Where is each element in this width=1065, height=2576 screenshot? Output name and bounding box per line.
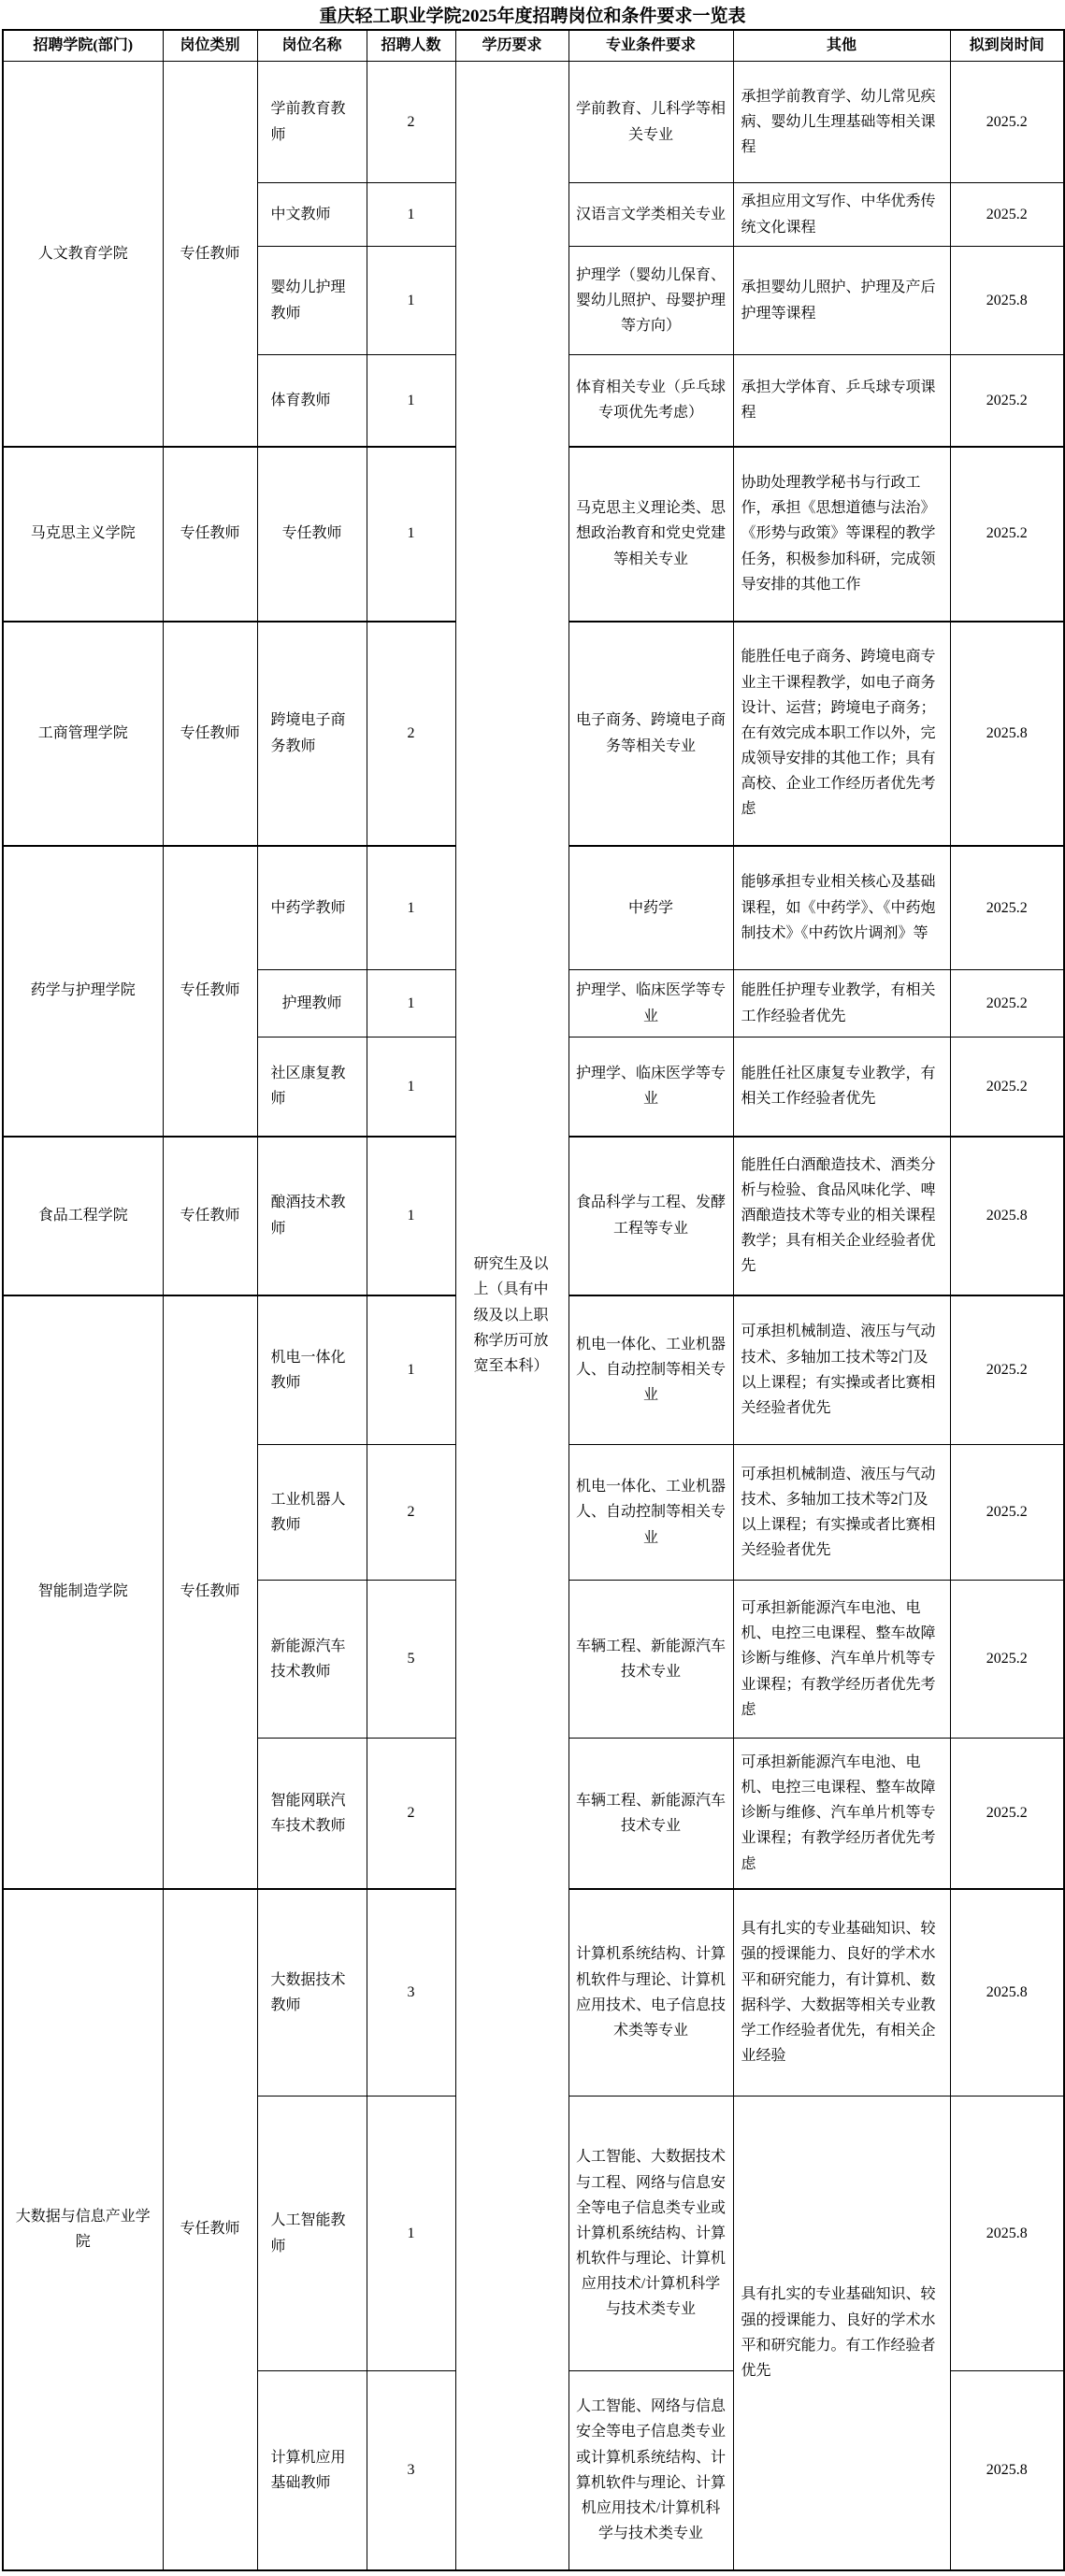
position-name-cell: 护理教师: [257, 970, 367, 1038]
major-cell: 中药学: [568, 846, 733, 970]
count-cell: 2: [367, 622, 455, 846]
start-time-cell: 2025.2: [950, 1445, 1064, 1581]
college-cell: 工商管理学院: [3, 622, 163, 846]
other-cell: 可承担机械制造、液压与气动技术、多轴加工技术等2门及以上课程；有实操或者比赛相关…: [733, 1445, 950, 1581]
college-cell: 大数据与信息产业学院: [3, 1889, 163, 2570]
other-cell: 承担大学体育、乒乓球专项课程: [733, 355, 950, 447]
count-cell: 1: [367, 1295, 455, 1445]
college-cell: 智能制造学院: [3, 1295, 163, 1889]
position-name-cell: 社区康复教师: [257, 1038, 367, 1137]
position-name-cell: 跨境电子商务教师: [257, 622, 367, 846]
other-cell: 可承担机械制造、液压与气动技术、多轴加工技术等2门及以上课程；有实操或者比赛相关…: [733, 1295, 950, 1445]
category-cell: 专任教师: [163, 846, 257, 1137]
other-cell: 具有扎实的专业基础知识、较强的授课能力、良好的学术水平和研究能力，有计算机、数据…: [733, 1889, 950, 2097]
position-name-cell: 大数据技术教师: [257, 1889, 367, 2097]
major-cell: 机电一体化、工业机器人、自动控制等相关专业: [568, 1445, 733, 1581]
position-name-cell: 智能网联汽车技术教师: [257, 1739, 367, 1889]
header-row: 招聘学院(部门) 岗位类别 岗位名称 招聘人数 学历要求 专业条件要求 其他 拟…: [3, 30, 1064, 62]
count-cell: 1: [367, 247, 455, 355]
col-header-position: 岗位名称: [257, 30, 367, 62]
start-time-cell: 2025.2: [950, 1295, 1064, 1445]
count-cell: 1: [367, 355, 455, 447]
position-name-cell: 中药学教师: [257, 846, 367, 970]
other-cell: 能胜任护理专业教学，有相关工作经验者优先: [733, 970, 950, 1038]
category-cell: 专任教师: [163, 1295, 257, 1889]
col-header-major: 专业条件要求: [568, 30, 733, 62]
start-time-cell: 2025.2: [950, 62, 1064, 183]
count-cell: 2: [367, 1445, 455, 1581]
start-time-cell: 2025.2: [950, 447, 1064, 622]
count-cell: 1: [367, 2097, 455, 2371]
count-cell: 1: [367, 447, 455, 622]
start-time-cell: 2025.2: [950, 846, 1064, 970]
position-name-cell: 学前教育教师: [257, 62, 367, 183]
category-cell: 专任教师: [163, 447, 257, 622]
count-cell: 5: [367, 1581, 455, 1739]
position-name-cell: 中文教师: [257, 183, 367, 247]
position-name-cell: 工业机器人教师: [257, 1445, 367, 1581]
category-cell: 专任教师: [163, 622, 257, 846]
major-cell: 护理学、临床医学等专业: [568, 1038, 733, 1137]
category-cell: 专任教师: [163, 1889, 257, 2570]
col-header-count: 招聘人数: [367, 30, 455, 62]
start-time-cell: 2025.8: [950, 2097, 1064, 2371]
major-cell: 车辆工程、新能源汽车技术专业: [568, 1581, 733, 1739]
count-cell: 1: [367, 970, 455, 1038]
count-cell: 1: [367, 846, 455, 970]
other-cell: 承担婴幼儿照护、护理及产后护理等课程: [733, 247, 950, 355]
start-time-cell: 2025.2: [950, 970, 1064, 1038]
major-cell: 计算机系统结构、计算机软件与理论、计算机应用技术、电子信息技术类等专业: [568, 1889, 733, 2097]
start-time-cell: 2025.8: [950, 2371, 1064, 2570]
count-cell: 1: [367, 183, 455, 247]
page-title: 重庆轻工职业学院2025年度招聘岗位和条件要求一览表: [0, 0, 1065, 29]
other-cell: 能胜任电子商务、跨境电商专业主干课程教学，如电子商务设计、运营；跨境电子商务；在…: [733, 622, 950, 846]
count-cell: 2: [367, 62, 455, 183]
start-time-cell: 2025.2: [950, 1038, 1064, 1137]
college-cell: 马克思主义学院: [3, 447, 163, 622]
start-time-cell: 2025.2: [950, 183, 1064, 247]
education-cell: 研究生及以上（具有中级及以上职称学历可放宽至本科）: [455, 62, 568, 2570]
col-header-category: 岗位类别: [163, 30, 257, 62]
start-time-cell: 2025.2: [950, 1581, 1064, 1739]
recruitment-table: 招聘学院(部门) 岗位类别 岗位名称 招聘人数 学历要求 专业条件要求 其他 拟…: [2, 29, 1065, 2571]
other-cell: 承担应用文写作、中华优秀传统文化课程: [733, 183, 950, 247]
other-cell: 可承担新能源汽车电池、电机、电控三电课程、整车故障诊断与维修、汽车单片机等专业课…: [733, 1581, 950, 1739]
major-cell: 护理学（婴幼儿保育、婴幼儿照护、母婴护理等方向）: [568, 247, 733, 355]
start-time-cell: 2025.8: [950, 1137, 1064, 1295]
major-cell: 机电一体化、工业机器人、自动控制等相关专业: [568, 1295, 733, 1445]
count-cell: 1: [367, 1038, 455, 1137]
other-cell: 协助处理教学秘书与行政工作，承担《思想道德与法治》《形势与政策》等课程的教学任务…: [733, 447, 950, 622]
major-cell: 人工智能、网络与信息安全等电子信息类专业或计算机系统结构、计算机软件与理论、计算…: [568, 2371, 733, 2570]
position-name-cell: 新能源汽车技术教师: [257, 1581, 367, 1739]
col-header-college: 招聘学院(部门): [3, 30, 163, 62]
major-cell: 汉语言文学类相关专业: [568, 183, 733, 247]
other-cell: 能胜任白酒酿造技术、酒类分析与检验、食品风味化学、啤酒酿造技术等专业的相关课程教…: [733, 1137, 950, 1295]
count-cell: 1: [367, 1137, 455, 1295]
major-cell: 护理学、临床医学等专业: [568, 970, 733, 1038]
col-header-education: 学历要求: [455, 30, 568, 62]
major-cell: 食品科学与工程、发酵工程等专业: [568, 1137, 733, 1295]
category-cell: 专任教师: [163, 1137, 257, 1295]
major-cell: 马克思主义理论类、思想政治教育和党史党建等相关专业: [568, 447, 733, 622]
count-cell: 3: [367, 2371, 455, 2570]
position-name-cell: 人工智能教师: [257, 2097, 367, 2371]
start-time-cell: 2025.8: [950, 247, 1064, 355]
start-time-cell: 2025.2: [950, 1739, 1064, 1889]
major-cell: 电子商务、跨境电子商务等相关专业: [568, 622, 733, 846]
count-cell: 2: [367, 1739, 455, 1889]
other-cell: 能够承担专业相关核心及基础课程，如《中药学》、《中药炮制技术》《中药饮片调剂》等: [733, 846, 950, 970]
major-cell: 车辆工程、新能源汽车技术专业: [568, 1739, 733, 1889]
count-cell: 3: [367, 1889, 455, 2097]
table-row: 人文教育学院 专任教师 学前教育教师 2 研究生及以上（具有中级及以上职称学历可…: [3, 62, 1064, 183]
col-header-other: 其他: [733, 30, 950, 62]
position-name-cell: 专任教师: [257, 447, 367, 622]
college-cell: 人文教育学院: [3, 62, 163, 447]
start-time-cell: 2025.2: [950, 355, 1064, 447]
col-header-start-time: 拟到岗时间: [950, 30, 1064, 62]
college-cell: 药学与护理学院: [3, 846, 163, 1137]
major-cell: 体育相关专业（乒乓球专项优先考虑）: [568, 355, 733, 447]
category-cell: 专任教师: [163, 62, 257, 447]
position-name-cell: 酿酒技术教师: [257, 1137, 367, 1295]
other-cell: 可承担新能源汽车电池、电机、电控三电课程、整车故障诊断与维修、汽车单片机等专业课…: [733, 1739, 950, 1889]
other-cell: 承担学前教育学、幼儿常见疾病、婴幼儿生理基础等相关课程: [733, 62, 950, 183]
major-cell: 学前教育、儿科学等相关专业: [568, 62, 733, 183]
position-name-cell: 婴幼儿护理教师: [257, 247, 367, 355]
position-name-cell: 体育教师: [257, 355, 367, 447]
other-cell: 能胜任社区康复专业教学，有相关工作经验者优先: [733, 1038, 950, 1137]
other-cell: 具有扎实的专业基础知识、较强的授课能力、良好的学术水平和研究能力。有工作经验者优…: [733, 2097, 950, 2570]
position-name-cell: 计算机应用基础教师: [257, 2371, 367, 2570]
position-name-cell: 机电一体化教师: [257, 1295, 367, 1445]
college-cell: 食品工程学院: [3, 1137, 163, 1295]
start-time-cell: 2025.8: [950, 622, 1064, 846]
document-page: 重庆轻工职业学院2025年度招聘岗位和条件要求一览表 招聘学院(部门) 岗位类别…: [0, 0, 1065, 2576]
start-time-cell: 2025.8: [950, 1889, 1064, 2097]
major-cell: 人工智能、大数据技术与工程、网络与信息安全等电子信息类专业或计算机系统结构、计算…: [568, 2097, 733, 2371]
